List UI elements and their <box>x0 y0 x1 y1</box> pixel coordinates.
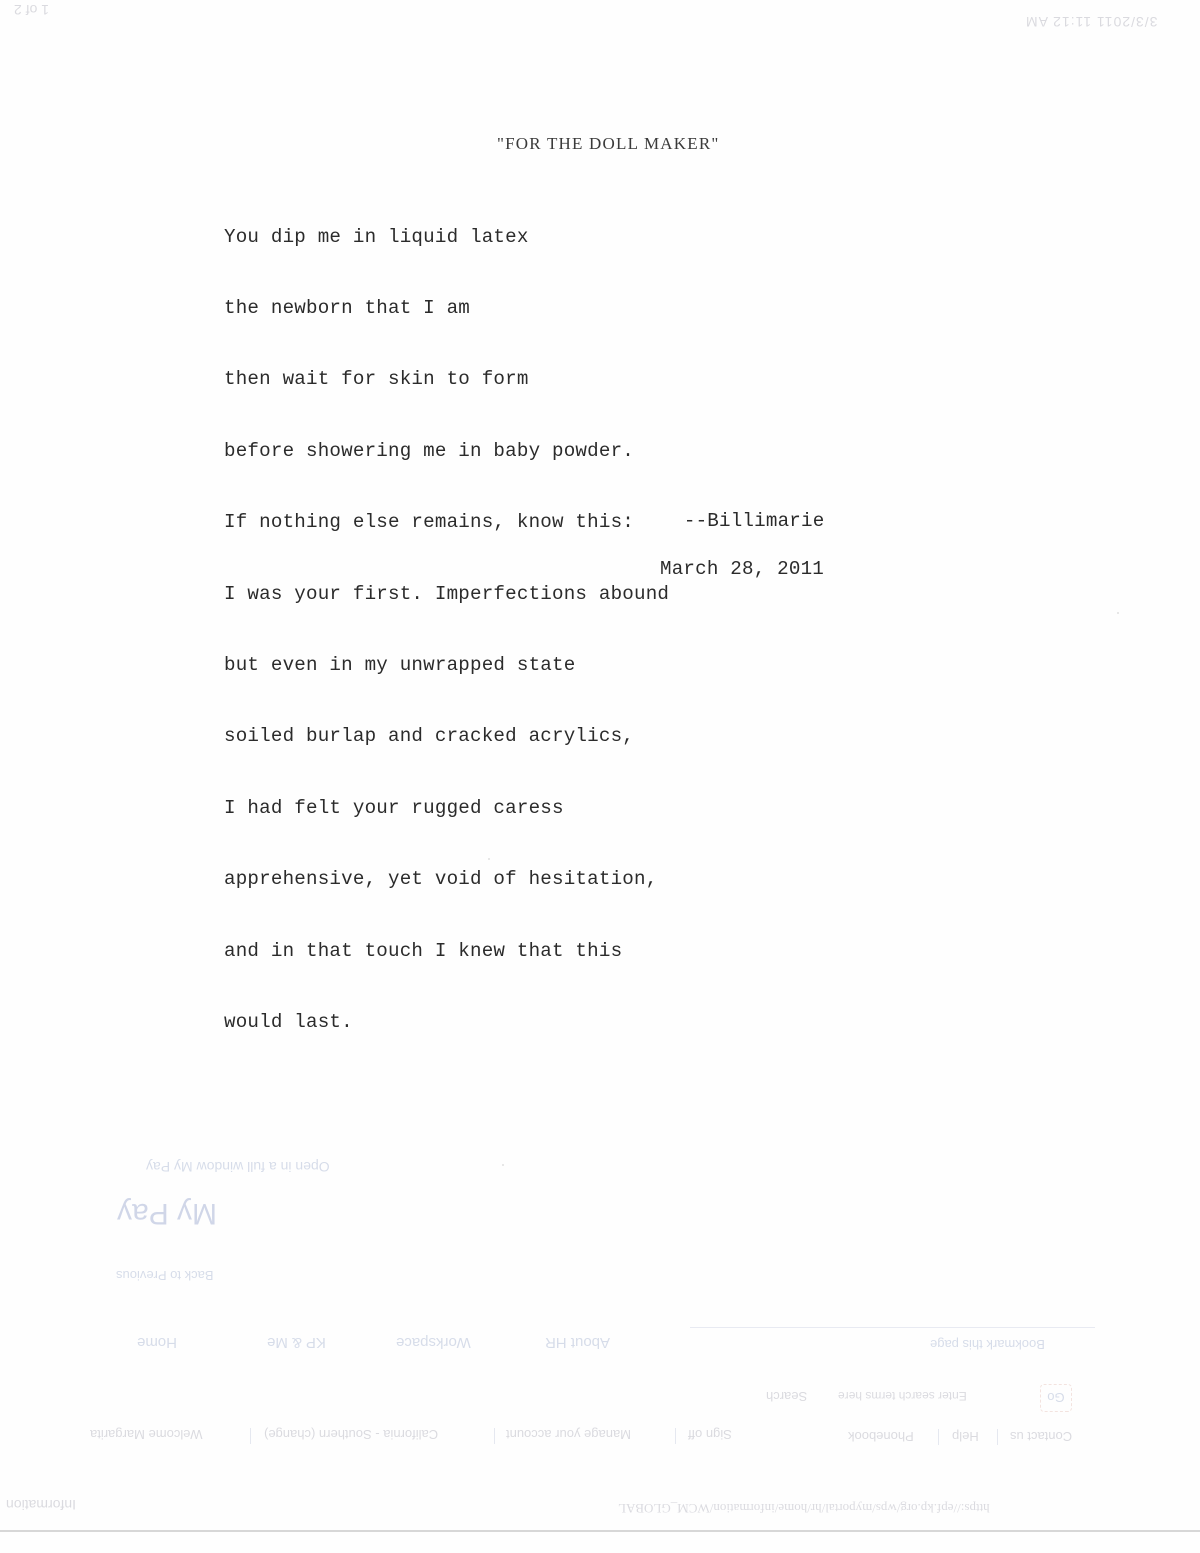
poem-body: You dip me in liquid latex the newborn t… <box>224 178 669 1082</box>
show-through-print-timestamp: 3/3/2011 11:12 AM <box>1025 14 1157 30</box>
show-through-footer-url: https://epf.kp.org/wps/myportal/hr/home/… <box>618 1500 990 1516</box>
show-through-search-placeholder: Enter search terms here <box>838 1389 967 1403</box>
poem-line: would last. <box>224 1011 669 1035</box>
poem-line: then wait for skin to form <box>224 368 669 392</box>
show-through-nav-workspace: Workspace <box>396 1334 471 1351</box>
signature-block: --Billimarie March 28, 2011 <box>637 485 824 629</box>
show-through-region: California - Southern (change) <box>264 1427 438 1442</box>
paper-speck <box>1117 612 1119 614</box>
poem-line: I had felt your rugged caress <box>224 797 669 821</box>
poem-line: soiled burlap and cracked acrylics, <box>224 725 669 749</box>
show-through-phonebook: Phonebook <box>848 1429 914 1444</box>
show-through-open-full-window-link: Open in a full window My Pay <box>146 1159 330 1175</box>
show-through-sign-off: Sign off <box>688 1427 732 1442</box>
show-through-nav-about-hr: About HR <box>545 1334 610 1351</box>
show-through-search-go-button: Go <box>1040 1384 1072 1412</box>
poem-line: but even in my unwrapped state <box>224 654 669 678</box>
show-through-nav-kp-me: KP & Me <box>267 1334 326 1351</box>
show-through-help: Help <box>952 1429 979 1444</box>
poem-line: and in that touch I knew that this <box>224 940 669 964</box>
show-through-contact-us: Contact us <box>1010 1429 1072 1444</box>
poem-line: You dip me in liquid latex <box>224 226 669 250</box>
show-through-back-link: Back to Previous <box>116 1268 214 1283</box>
signature-date: March 28, 2011 <box>637 557 824 581</box>
show-through-manage-account: Manage your account <box>506 1427 631 1442</box>
poem-line: I was your first. Imperfections abound <box>224 583 669 607</box>
show-through-separator <box>997 1429 998 1445</box>
show-through-page-heading: My Pay <box>117 1196 217 1230</box>
show-through-footer-rule <box>0 1530 1200 1532</box>
poem-line: If nothing else remains, know this: <box>224 511 669 535</box>
paper-speck <box>502 1164 504 1166</box>
poem-line: apprehensive, yet void of hesitation, <box>224 868 669 892</box>
show-through-search-label: Search <box>766 1389 807 1404</box>
show-through-footer-label: Information <box>6 1497 76 1513</box>
show-through-separator <box>938 1429 939 1445</box>
show-through-separator <box>675 1428 676 1444</box>
scanned-page: 1 of 2 3/3/2011 11:12 AM Open in a full … <box>0 0 1200 1553</box>
poem-title: "FOR THE DOLL MAKER" <box>497 134 720 154</box>
show-through-separator <box>250 1428 251 1444</box>
show-through-separator <box>494 1428 495 1444</box>
poem-line: before showering me in baby powder. <box>224 440 669 464</box>
show-through-welcome-user: Welcome Margarita <box>90 1427 202 1442</box>
poem-line: the newborn that I am <box>224 297 669 321</box>
show-through-page-count: 1 of 2 <box>14 2 49 18</box>
show-through-bookmark-link: Bookmark this page <box>930 1337 1045 1352</box>
author-name: --Billimarie <box>684 510 825 532</box>
show-through-nav-home: Home <box>137 1334 177 1351</box>
show-through-divider <box>690 1327 1095 1328</box>
